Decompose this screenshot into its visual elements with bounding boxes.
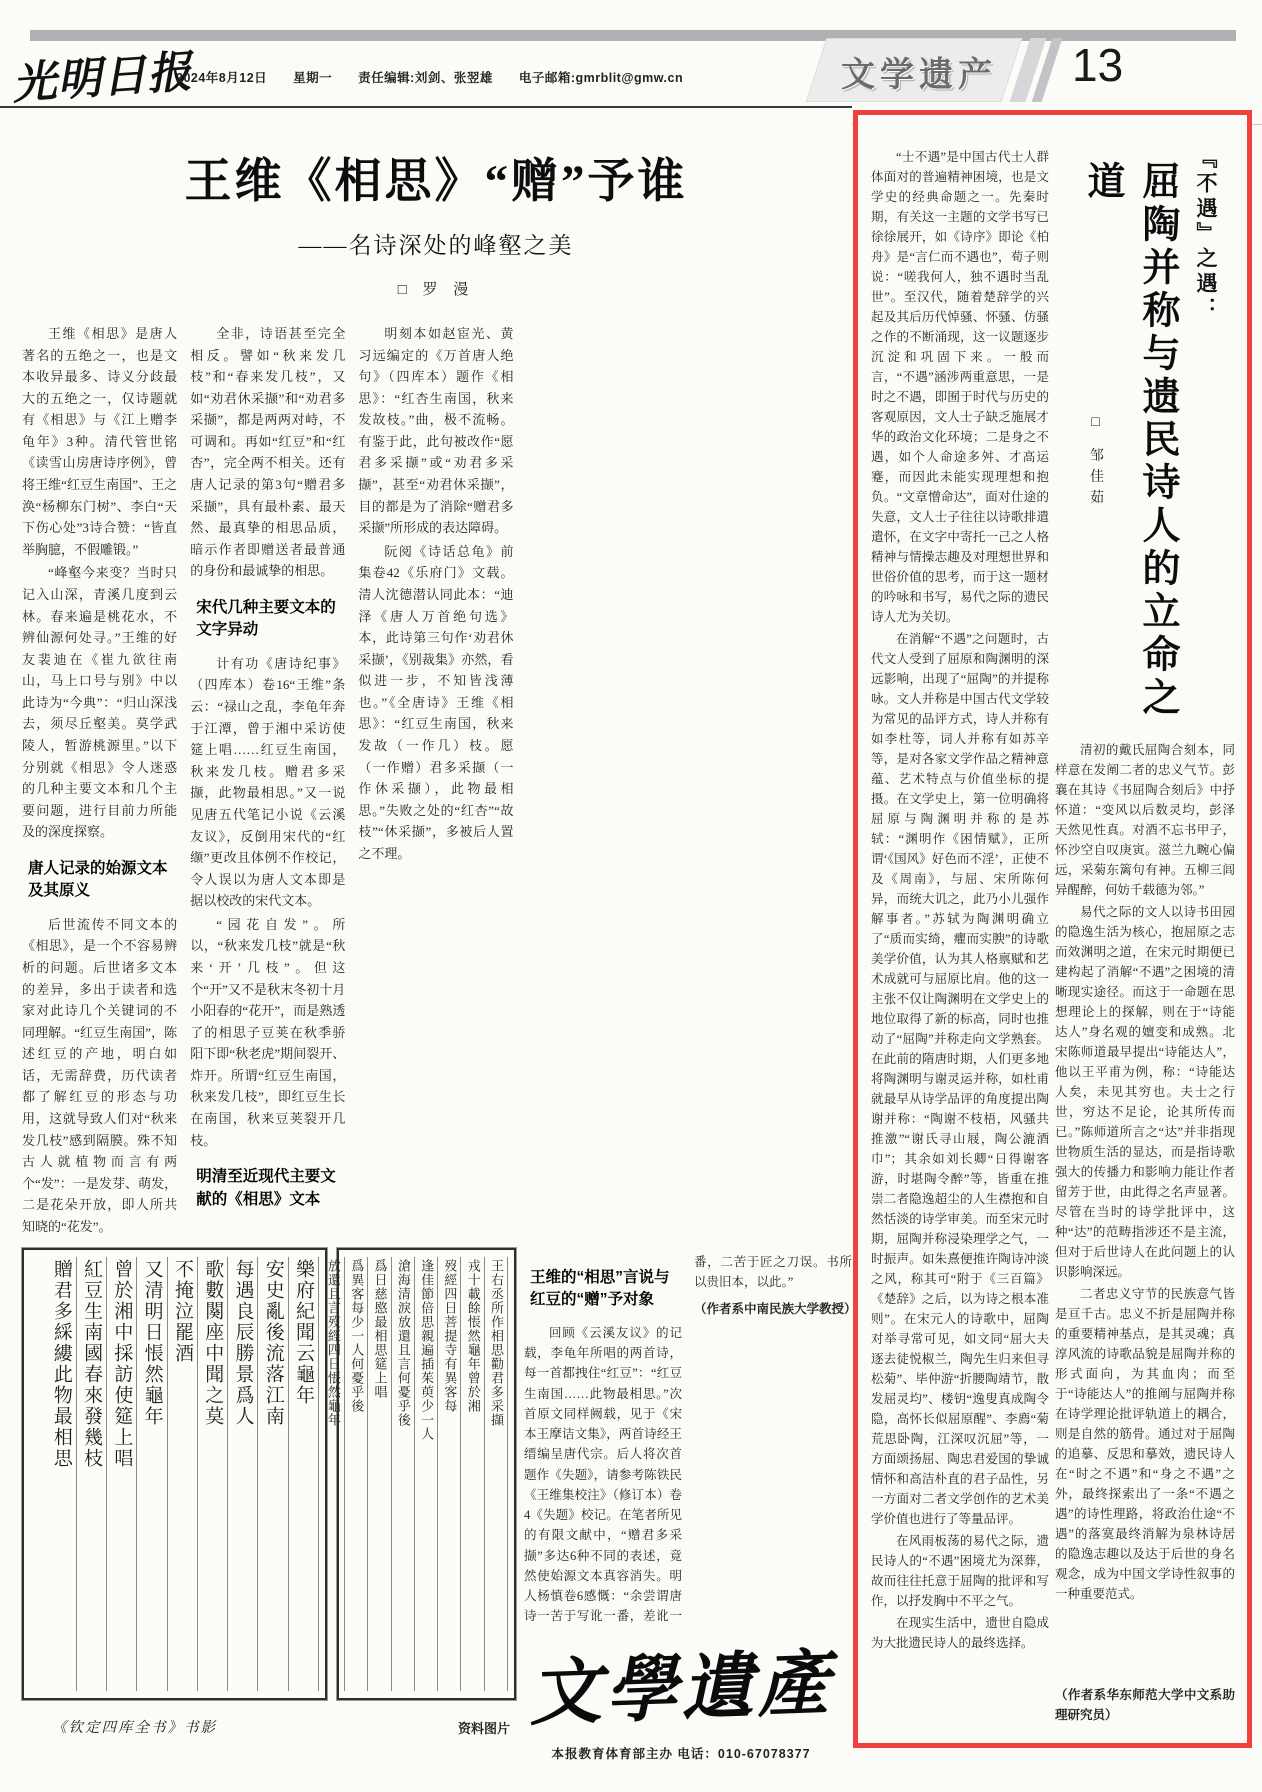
main-article-body: 王维《相思》是唐人著名的五绝之一，也是文本收异最多、诗义分歧最大的五绝之一，仅诗… [22,323,850,1248]
scan-text-column: 不掩泣罷酒 [168,1257,198,1691]
section-name: 文学遗产 [834,47,1004,96]
scan-text-column: 滄海清淚放還且言何憂乎後 [392,1257,415,1691]
scan-text-column: 歌數闋座中聞之莫 [198,1257,228,1691]
book-scan-right-page: 王右丞所作相思勸君多采擷戎十載餘悵然龜年曾於湘歿經四日菩提寺有異客每逢佳節倍思親… [337,1248,516,1700]
body-paragraph: 王维《相思》是唐人著名的五绝之一，也是文本收异最多、诗义分歧最大的五绝之一，仅诗… [22,323,177,560]
scan-text-column: 逢佳節倍思親遍插茱萸少一人 [415,1257,438,1691]
page-number: 13 [1072,38,1123,92]
boxed-article-attribution: （作者系华东师范大学中文系助理研究员） [1055,1685,1235,1725]
boxed-article-kicker: 『不遇』之遇： [1191,147,1221,322]
body-paragraph: 清初的戴氏屈陶合刻本，同样意在发阐二者的忠义气节。彭襄在其诗《书屈陶合刻后》中抒… [1055,740,1235,900]
main-article: 王维《相思》“赠”予谁 ——名诗深处的峰壑之美 □ 罗 漫 王维《相思》是唐人著… [22,126,850,1248]
body-paragraph: 易代之际的文人以诗书田园的隐逸生活为核心，抱屈原之志而效渊明之道，在宋元时期便已… [1055,902,1235,1282]
right-page-text: 王右丞所作相思勸君多采擷戎十載餘悵然龜年曾於湘歿經四日菩提寺有異客每逢佳節倍思親… [345,1257,508,1691]
scan-text-column: 每遇良辰勝景爲人 [228,1257,258,1691]
section-badge: 文学遗产 [806,38,1068,102]
figure-caption-row: 《钦定四库全书》书影 资料图片 [22,1716,516,1737]
body-paragraph: 二者忠义守节的民族意气皆是亘千古。忠义不折是屈陶并称的重要精神基点，是其灵魂；真… [1055,1284,1235,1604]
scan-text-column: 爲異客每少一人何憂乎後 [345,1257,368,1691]
scan-text-column: 安史亂後流落江南 [258,1257,288,1691]
section-heading: 明清至近现代主要文献的《相思》文本 [196,1166,339,1211]
main-article-author: □ 罗 漫 [22,278,850,299]
main-article-continuation: 王维的“相思”言说与红豆的“赠”予对象回顾《云溪友议》的记载，李龟年所唱的两首诗… [524,1252,852,1634]
scan-text-column: 歿經四日菩提寺有異客每 [438,1257,461,1691]
main-article-subtitle: ——名诗深处的峰壑之美 [22,227,850,260]
weekday-text: 星期一 [293,71,332,85]
body-paragraph: 计有功《唐诗纪事》（四库本）卷16“王维”条云：“禄山之乱，李龟年奔于江潭，曾于… [190,653,345,912]
scan-text-column: 贈君多綵縷此物最相思 [47,1257,77,1691]
header-dateline: 2024年8月12日 星期一 责任编辑:刘剑、张翌雄 电子邮箱:gmrblit@… [176,68,705,86]
department-line: 本报教育体育部主办 电话：010-67078377 [498,1744,864,1762]
scan-text-column: 戎十載餘悵然龜年曾於湘 [461,1257,484,1691]
scan-text-column: 曾於湘中採訪使筵上唱 [107,1257,137,1691]
book-scan-panels: 樂府紀聞云龜年安史亂後流落江南每遇良辰勝景爲人歌數闋座中聞之莫不掩泣罷酒又清明日… [22,1248,516,1700]
section-masthead-block: 文學遺產 本报教育体育部主办 电话：010-67078377 [498,1630,864,1762]
body-paragraph: 在消解“不遇”之问题时，古代文人受到了屈原和陶渊明的深远影响，出现了“屈陶”的并… [871,629,1049,1529]
body-paragraph: 后世流传不同文本的《相思》，是一个不容易辨析的问题。后世诸多文本的差异，多出于读… [22,914,177,1238]
body-paragraph: 在现实生活中，遗世自隐成为大批遗民诗人的最终选择。 [871,1613,1049,1653]
body-paragraph: 全非，诗语甚至完全相反。譬如“秋来发几枝”和“春来发几枝”，又如“劝君休采撷”和… [190,323,345,582]
left-page-text: 樂府紀聞云龜年安史亂後流落江南每遇良辰勝景爲人歌數闋座中聞之莫不掩泣罷酒又清明日… [30,1257,319,1691]
main-article-title: 王维《相思》“赠”予谁 [22,144,850,211]
body-paragraph: 在风雨板荡的易代之际，遗民诗人的“不遇”困境尤为深葬，故而往往托意于屈陶的批评和… [871,1531,1049,1611]
scan-text-column: 紅豆生南國春來發幾枝 [77,1257,107,1691]
date-text: 2024年8月12日 [176,71,267,85]
boxed-article: “士不遇”是中国古代士人群体面对的普遍精神困境，也是文学史的经典命题之一。先秦时… [853,110,1252,1748]
section-calligraphy: 文學遺產 [496,1624,865,1741]
scan-text-column: 爲日慈愍最相思筵上唱 [368,1257,391,1691]
section-heading: 宋代几种主要文本的文字异动 [196,597,339,642]
body-paragraph: “园花自发”。所以，“秋来发几枝”就是“秋来‘开’几枝”。但这个“开”又不是秋末… [190,914,345,1151]
figure-caption: 《钦定四库全书》书影 [52,1716,217,1737]
email-text: 电子邮箱:gmrblit@gmw.cn [519,71,683,85]
scan-text-column: 王右丞所作相思勸君多采擷 [485,1257,508,1691]
scan-text-column: 又清明日悵然龜年 [137,1257,167,1691]
section-heading: 唐人记录的始源文本及其原义 [28,858,171,903]
body-paragraph: 阮阅《诗话总龟》前集卷42《乐府门》文载。清人沈德潜认同此本：“迪泽《唐人万首绝… [358,541,513,865]
boxed-article-column-right: 清初的戴氏屈陶合刻本，同样意在发阐二者的忠义气节。彭襄在其诗《书屈陶合刻后》中抒… [1055,740,1235,1725]
main-article-attribution: （作者系中南民族大学教授） [694,1299,852,1319]
editor-text: 责任编辑:刘剑、张翌雄 [358,71,493,85]
header-rule [0,106,852,108]
boxed-article-column-left: “士不遇”是中国古代士人群体面对的普遍精神困境，也是文学史的经典命题之一。先秦时… [871,147,1049,1715]
scan-text-column: 放還且言歿經四日悵然龜年 [322,1257,345,1691]
boxed-article-author: □ 邹佳茹 [1085,415,1105,511]
boxed-column-right-text: 清初的戴氏屈陶合刻本，同样意在发阐二者的忠义气节。彭襄在其诗《书屈陶合刻后》中抒… [1055,740,1235,1681]
scan-text-column: 樂府紀聞云龜年 [289,1257,319,1691]
body-paragraph: 明刻本如赵宦光、黄习远编定的《万首唐人绝句》（四库本）题作《相思》：“红杏生南国… [358,323,513,539]
body-paragraph: “士不遇”是中国古代士人群体面对的普遍精神困境，也是文学史的经典命题之一。先秦时… [871,147,1049,627]
section-heading: 王维的“相思”言说与红豆的“赠”予对象 [530,1267,676,1312]
body-paragraph: “峰壑今来变？当时只记入山深，青溪几度到云林。春来遍是桃花水，不辨仙源何处寻。”… [22,562,177,843]
newspaper-masthead: 光明日报 [10,36,182,112]
book-scan-left-page: 樂府紀聞云龜年安史亂後流落江南每遇良辰勝景爲人歌數闋座中聞之莫不掩泣罷酒又清明日… [22,1248,327,1700]
book-scan-figure: 樂府紀聞云龜年安史亂後流落江南每遇良辰勝景爲人歌數闋座中聞之莫不掩泣罷酒又清明日… [22,1248,516,1737]
